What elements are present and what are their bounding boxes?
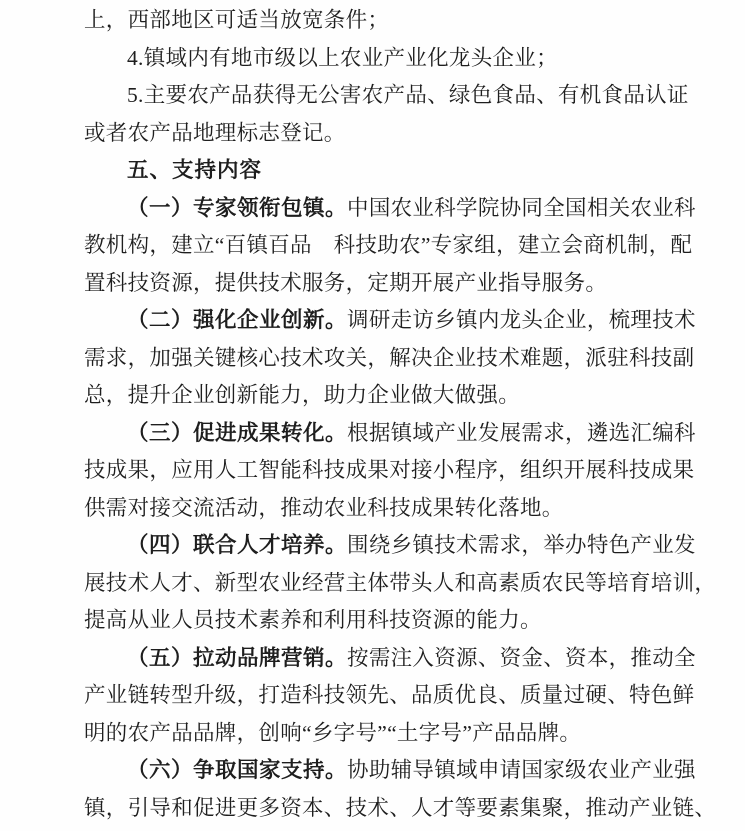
paragraph-lead-bold: （二）强化企业创新。 (127, 308, 347, 332)
text-line: 置科技资源，提供技术服务，定期开展产业指导服务。 (84, 265, 709, 303)
line-text: 围绕乡镇技术需求，举办特色产业发 (347, 533, 696, 557)
paragraph-lead-bold: （六）争取国家支持。 (127, 758, 347, 782)
line-text: 五、支持内容 (127, 158, 262, 182)
body-paragraph: 4.镇域内有地市级以上农业产业化龙头企业； (84, 40, 709, 78)
text-line: 镇，引导和促进更多资本、技术、人才等要素集聚，推动产业链、 (84, 790, 709, 828)
text-line: 或者农产品地理标志登记。 (84, 115, 709, 153)
text-line: 教机构，建立“百镇百品 科技助农”专家组，建立会商机制，配 (84, 227, 709, 265)
section-heading: 五、支持内容 (84, 152, 709, 190)
paragraph-lead-bold: （四）联合人才培养。 (127, 533, 347, 557)
body-paragraph: （四）联合人才培养。围绕乡镇技术需求，举办特色产业发展技术人才、新型农业经营主体… (84, 527, 709, 640)
text-line: 技成果，应用人工智能科技成果对接小程序，组织开展科技成果 (84, 452, 709, 490)
text-line: 需求，加强关键核心技术攻关，解决企业技术难题，派驻科技副 (84, 340, 709, 378)
line-text: 展技术人才、新型农业经营主体带头人和高素质农民等培育培训， (84, 571, 716, 595)
paragraph-lead-bold: （五）拉动品牌营销。 (127, 646, 347, 670)
text-line: （五）拉动品牌营销。按需注入资源、资金、资本，推动全 (84, 640, 709, 678)
line-text: 镇，引导和促进更多资本、技术、人才等要素集聚，推动产业链、 (84, 796, 716, 820)
text-line: 供需对接交流活动，推动农业科技成果转化落地。 (84, 490, 709, 528)
paragraph-lead-bold: （三）促进成果转化。 (127, 421, 347, 445)
text-line: 4.镇域内有地市级以上农业产业化龙头企业； (84, 40, 709, 78)
line-text: 中国农业科学院协同全国相关农业科 (347, 196, 696, 220)
text-line: 上，西部地区可适当放宽条件； (84, 2, 709, 40)
body-paragraph: （二）强化企业创新。调研走访乡镇内龙头企业，梳理技术需求，加强关键核心技术攻关，… (84, 302, 709, 415)
line-text: 技成果，应用人工智能科技成果对接小程序，组织开展科技成果 (84, 458, 694, 482)
line-text: 置科技资源，提供技术服务，定期开展产业指导服务。 (84, 271, 607, 295)
line-text: 供需对接交流活动，推动农业科技成果转化落地。 (84, 496, 564, 520)
text-line: （二）强化企业创新。调研走访乡镇内龙头企业，梳理技术 (84, 302, 709, 340)
text-line: 5.主要农产品获得无公害农产品、绿色食品、有机食品认证 (84, 77, 709, 115)
body-paragraph: （六）争取国家支持。协助辅导镇域申请国家级农业产业强镇，引导和促进更多资本、技术… (84, 752, 709, 827)
body-paragraph: （五）拉动品牌营销。按需注入资源、资金、资本，推动全产业链转型升级，打造科技领先… (84, 640, 709, 753)
line-text: 或者农产品地理标志登记。 (84, 121, 346, 145)
line-text: 调研走访乡镇内龙头企业，梳理技术 (347, 308, 696, 332)
body-paragraph: 5.主要农产品获得无公害农产品、绿色食品、有机食品认证或者农产品地理标志登记。 (84, 77, 709, 152)
line-text: 提高从业人员技术素养和利用科技资源的能力。 (84, 608, 542, 632)
line-text: 明的农产品品牌，创响“乡字号”“土字号”产品品牌。 (84, 721, 581, 745)
document-page: 上，西部地区可适当放宽条件；4.镇域内有地市级以上农业产业化龙头企业；5.主要农… (0, 0, 745, 831)
line-text: 协助辅导镇域申请国家级农业产业强 (347, 758, 696, 782)
line-text: 4.镇域内有地市级以上农业产业化龙头企业； (127, 46, 558, 70)
paragraph-lead-bold: （一）专家领衔包镇。 (127, 196, 347, 220)
line-text: 按需注入资源、资金、资本，推动全 (347, 646, 696, 670)
line-text: 产业链转型升级，打造科技领先、品质优良、质量过硬、特色鲜 (84, 683, 694, 707)
line-text: 根据镇域产业发展需求，遴选汇编科 (347, 421, 696, 445)
line-text: 总，提升企业创新能力，助力企业做大做强。 (84, 383, 520, 407)
line-text: 5.主要农产品获得无公害农产品、绿色食品、有机食品认证 (127, 83, 689, 107)
text-line: （四）联合人才培养。围绕乡镇技术需求，举办特色产业发 (84, 527, 709, 565)
text-line: 展技术人才、新型农业经营主体带头人和高素质农民等培育培训， (84, 565, 709, 603)
text-line: 产业链转型升级，打造科技领先、品质优良、质量过硬、特色鲜 (84, 677, 709, 715)
body-paragraph: （三）促进成果转化。根据镇域产业发展需求，遴选汇编科技成果，应用人工智能科技成果… (84, 415, 709, 528)
text-line: （一）专家领衔包镇。中国农业科学院协同全国相关农业科 (84, 190, 709, 228)
body-paragraph: 上，西部地区可适当放宽条件； (84, 2, 709, 40)
text-line: 提高从业人员技术素养和利用科技资源的能力。 (84, 602, 709, 640)
line-text: 需求，加强关键核心技术攻关，解决企业技术难题，派驻科技副 (84, 346, 694, 370)
text-line: 明的农产品品牌，创响“乡字号”“土字号”产品品牌。 (84, 715, 709, 753)
line-text: 教机构，建立“百镇百品 科技助农”专家组，建立会商机制，配 (84, 233, 692, 257)
text-line: （三）促进成果转化。根据镇域产业发展需求，遴选汇编科 (84, 415, 709, 453)
body-paragraph: （一）专家领衔包镇。中国农业科学院协同全国相关农业科教机构，建立“百镇百品 科技… (84, 190, 709, 303)
text-line: 五、支持内容 (84, 152, 709, 190)
text-line: （六）争取国家支持。协助辅导镇域申请国家级农业产业强 (84, 752, 709, 790)
text-line: 总，提升企业创新能力，助力企业做大做强。 (84, 377, 709, 415)
document-body: 上，西部地区可适当放宽条件；4.镇域内有地市级以上农业产业化龙头企业；5.主要农… (0, 0, 745, 827)
line-text: 上，西部地区可适当放宽条件； (84, 8, 389, 32)
